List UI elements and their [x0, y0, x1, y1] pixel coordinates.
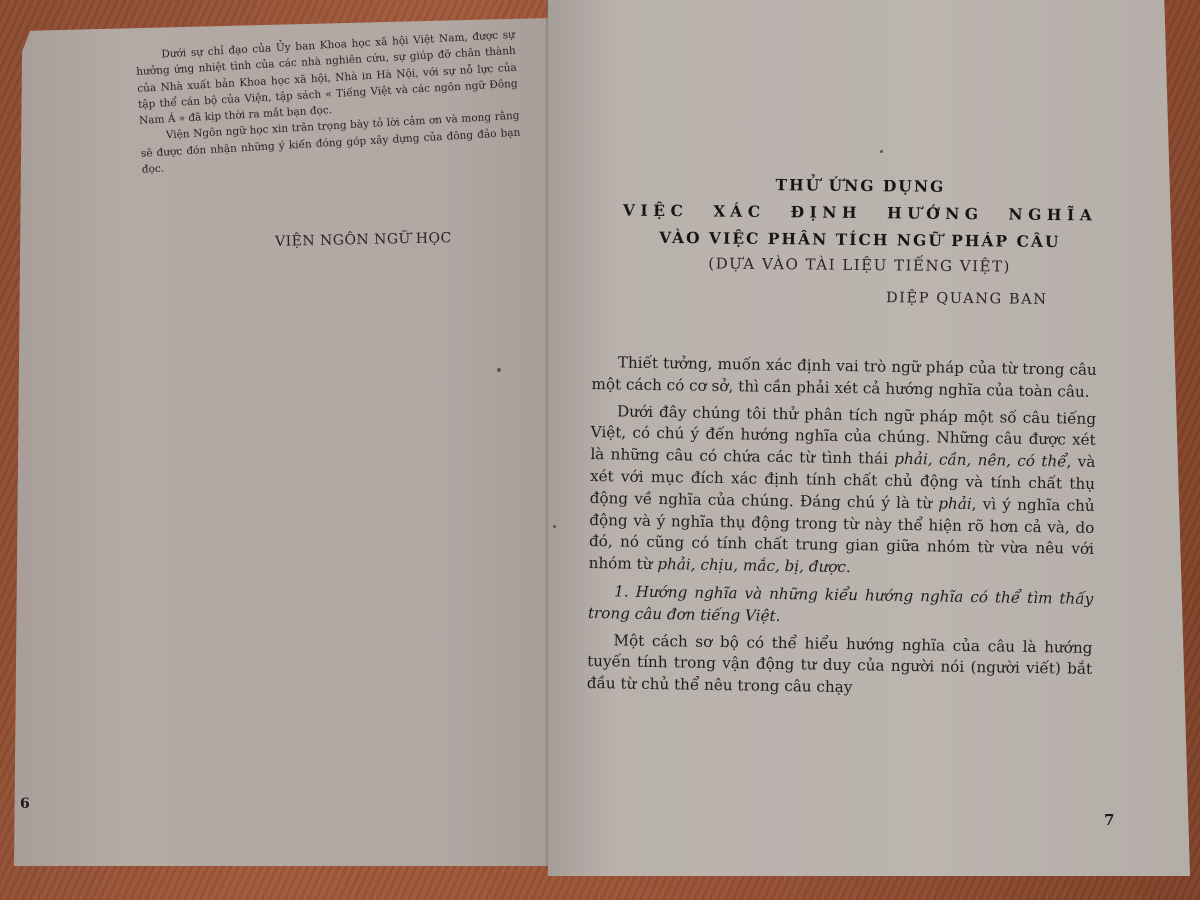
- italic-term: phải, cần, nên, có thể: [894, 450, 1066, 471]
- italic-term: phải, chịu, mắc, bị, được: [657, 555, 846, 576]
- title-line: VÀO VIỆC PHÂN TÍCH NGỮ PHÁP CÂU: [610, 223, 1110, 255]
- body-paragraph: Một cách sơ bộ có thể hiểu hướng nghĩa c…: [587, 630, 1093, 703]
- ink-speck: [553, 525, 556, 528]
- ink-speck: [497, 368, 501, 372]
- page-number-left: 6: [20, 796, 30, 812]
- page-number-right: 7: [1104, 811, 1114, 829]
- text-span: .: [846, 558, 851, 576]
- body-paragraph: Thiết tưởng, muốn xác định vai trò ngữ p…: [591, 352, 1097, 404]
- article-body: Thiết tưởng, muốn xác định vai trò ngữ p…: [587, 352, 1097, 708]
- section-heading: 1. Hướng nghĩa và những kiểu hướng nghĩa…: [588, 581, 1094, 633]
- article-author: DIỆP QUANG BAN: [886, 290, 1048, 308]
- article-title: THỬ ỨNG DỤNG VIỆC XÁC ĐỊNH HƯỚNG NGHĨA V…: [609, 169, 1110, 279]
- body-paragraph: Dưới đây chúng tôi thử phân tích ngữ phá…: [588, 401, 1096, 583]
- ink-speck: [880, 150, 883, 153]
- acknowledgement-text: Dưới sự chỉ đạo của Ủy ban Khoa học xã h…: [135, 27, 522, 178]
- italic-term: phải: [938, 494, 972, 513]
- book-spine: [546, 0, 550, 870]
